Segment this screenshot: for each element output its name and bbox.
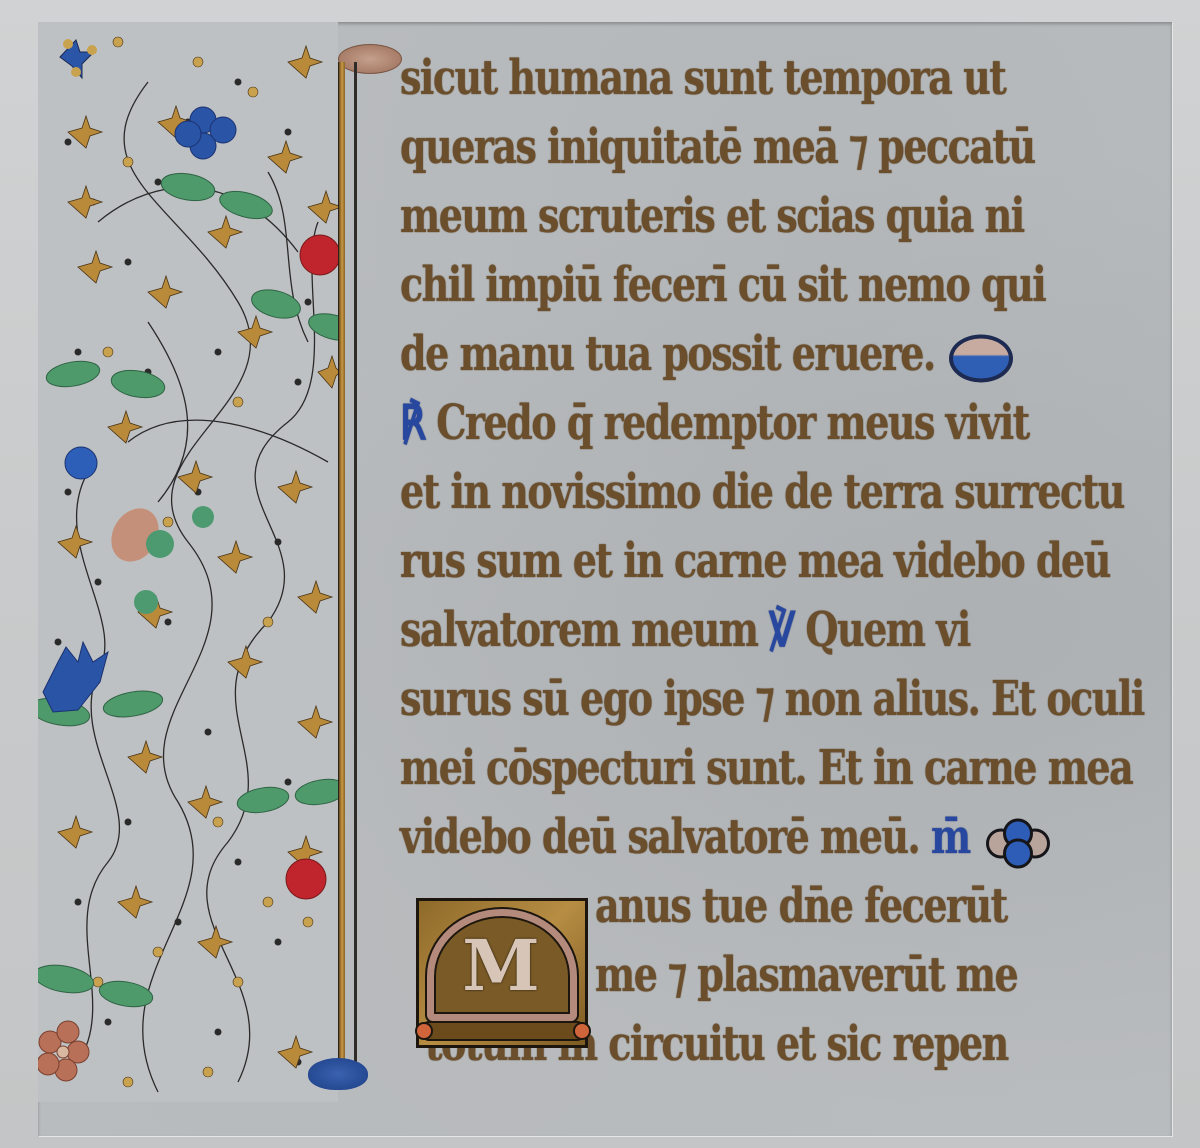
floral-rinceaux-icon — [38, 22, 338, 1102]
blue-quatrefoil-flower-icon — [175, 107, 236, 159]
initial-letter-ring: M — [427, 909, 577, 1021]
decorated-border — [38, 22, 338, 1102]
blue-bellflower-icon — [43, 642, 108, 712]
historiated-initial-m: M — [416, 898, 588, 1048]
gold-bar-border — [338, 62, 345, 1067]
rule-cap-bottom-ornament — [308, 1058, 368, 1090]
pink-thistle-icon — [102, 500, 214, 614]
line-filler-oval-icon — [949, 334, 1013, 382]
blue-berry-icon — [65, 447, 97, 479]
rule-cap-top-ornament — [338, 44, 402, 74]
incipit-rubric: m̄ — [931, 808, 970, 864]
initial-letter: M — [462, 924, 542, 1007]
line-filler-quatrefoil-icon — [986, 818, 1044, 864]
manuscript-leaf: sicut humana sunt tempora ut queras iniq… — [38, 22, 1172, 1136]
ink-rule-line — [354, 62, 357, 1062]
responsory-rubric: ℟ — [400, 394, 425, 450]
pink-cinquefoil-icon — [38, 1021, 89, 1081]
versicle-rubric: ℣ — [769, 601, 794, 657]
initial-letter-base — [421, 1021, 585, 1041]
blue-star-flower-icon — [60, 39, 97, 78]
